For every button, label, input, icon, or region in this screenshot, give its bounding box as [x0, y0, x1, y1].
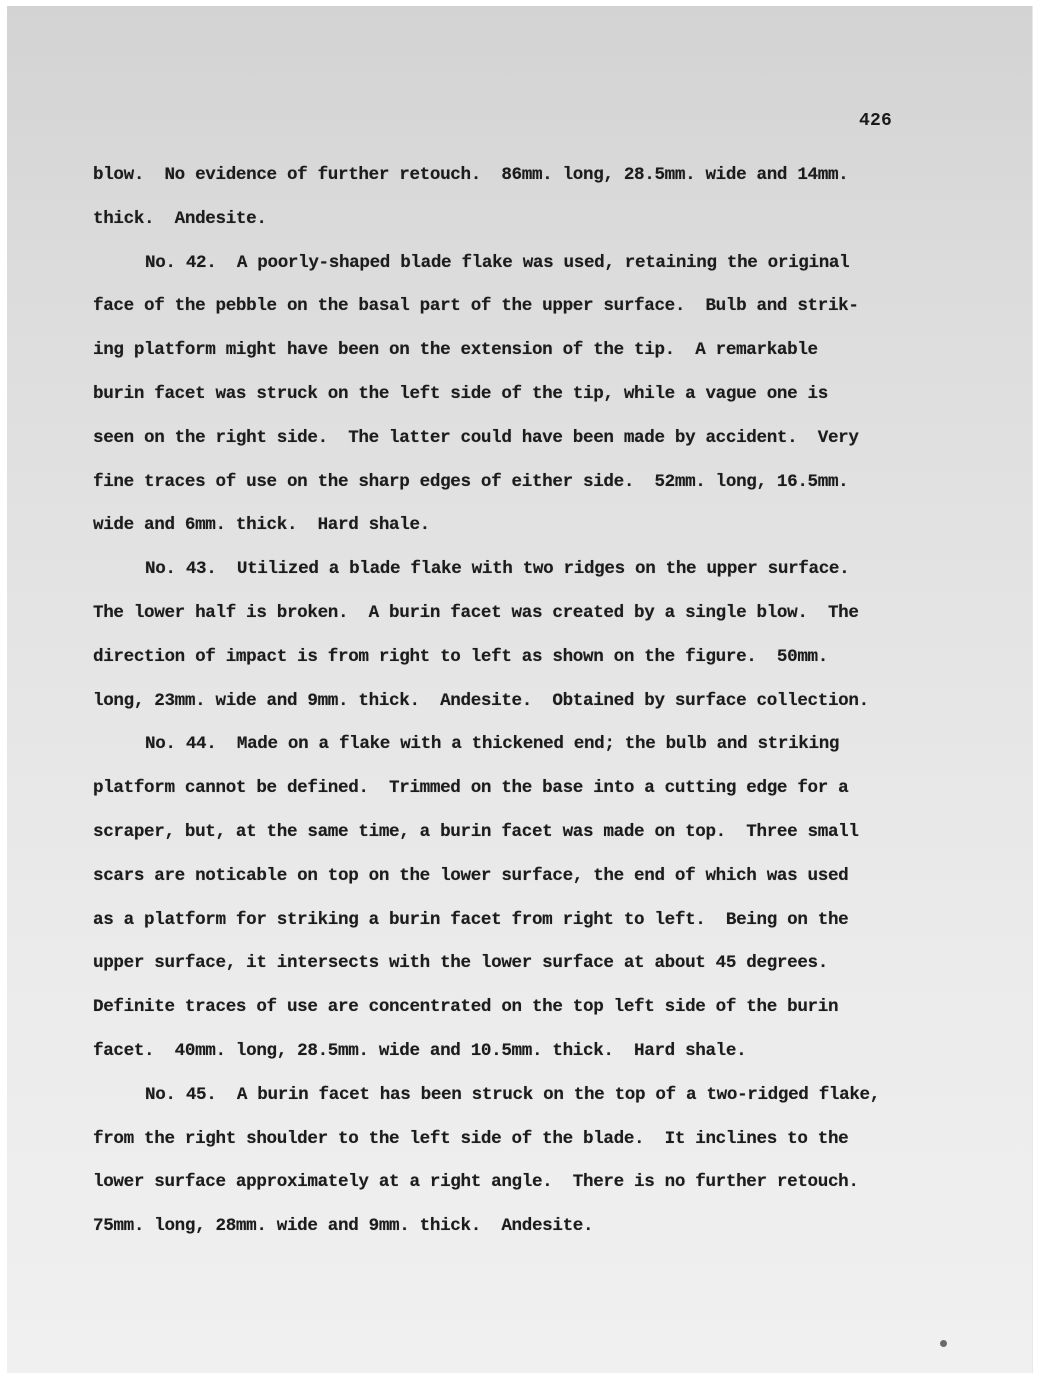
text-line: from the right shoulder to the left side…	[93, 1118, 973, 1162]
text-line: upper surface, it intersects with the lo…	[93, 942, 973, 986]
paragraph-start-no-45: No. 45. A burin facet has been struck on…	[93, 1074, 973, 1118]
text-line: fine traces of use on the sharp edges of…	[93, 461, 973, 505]
scanned-page: 426 blow. No evidence of further retouch…	[7, 6, 1033, 1373]
text-line: direction of impact is from right to lef…	[93, 636, 973, 680]
page-number: 426	[859, 111, 892, 131]
text-line: ing platform might have been on the exte…	[93, 329, 973, 373]
text-line: thick. Andesite.	[93, 198, 973, 242]
text-line: facet. 40mm. long, 28.5mm. wide and 10.5…	[93, 1030, 973, 1074]
paragraph-start-no-42: No. 42. A poorly-shaped blade flake was …	[93, 242, 973, 286]
text-line: blow. No evidence of further retouch. 86…	[93, 154, 973, 198]
text-line: Definite traces of use are concentrated …	[93, 986, 973, 1030]
text-line: lower surface approximately at a right a…	[93, 1161, 973, 1205]
text-line: as a platform for striking a burin facet…	[93, 899, 973, 943]
text-line: seen on the right side. The latter could…	[93, 417, 973, 461]
text-line: long, 23mm. wide and 9mm. thick. Andesit…	[93, 680, 973, 724]
paragraph-start-no-43: No. 43. Utilized a blade flake with two …	[93, 548, 973, 592]
text-line: face of the pebble on the basal part of …	[93, 285, 973, 329]
text-line: 75mm. long, 28mm. wide and 9mm. thick. A…	[93, 1205, 973, 1249]
text-line: The lower half is broken. A burin facet …	[93, 592, 973, 636]
text-line: wide and 6mm. thick. Hard shale.	[93, 504, 973, 548]
text-line: scars are noticable on top on the lower …	[93, 855, 973, 899]
body-text: blow. No evidence of further retouch. 86…	[93, 154, 973, 1249]
scan-speck	[940, 1340, 947, 1347]
paragraph-start-no-44: No. 44. Made on a flake with a thickened…	[93, 723, 973, 767]
text-line: platform cannot be defined. Trimmed on t…	[93, 767, 973, 811]
text-line: burin facet was struck on the left side …	[93, 373, 973, 417]
text-line: scraper, but, at the same time, a burin …	[93, 811, 973, 855]
